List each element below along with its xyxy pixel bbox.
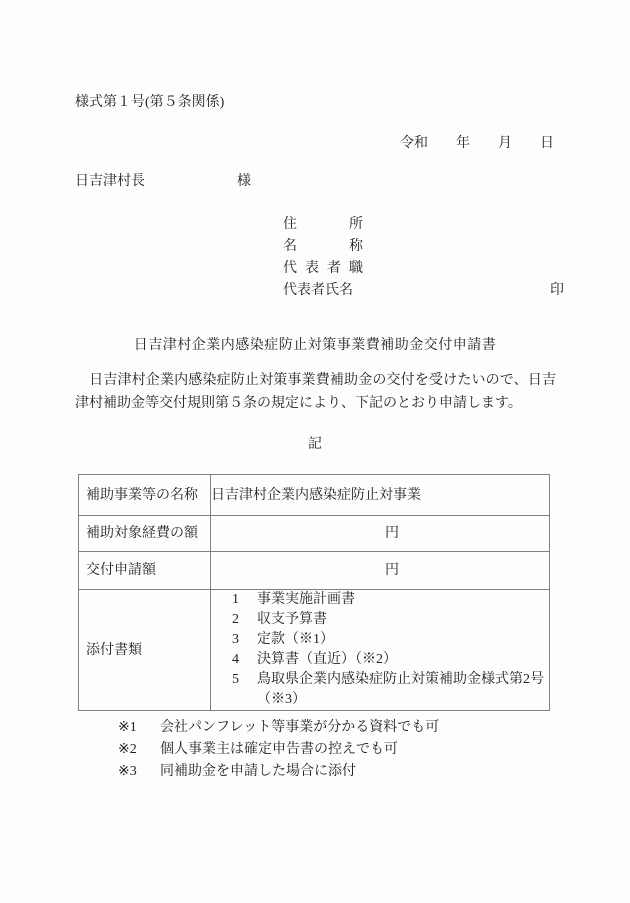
attachment-text: 収支予算書	[257, 612, 327, 627]
footnote-text: 同補助金を申請した場合に添付	[160, 764, 356, 779]
label-project-name: 補助事業等の名称	[79, 475, 211, 516]
attachment-item: 3定款（※1）	[211, 630, 549, 650]
addressee-line: 日吉津村長様	[75, 174, 251, 189]
attachment-item: 2収支予算書	[211, 610, 549, 630]
value-requested-amount: 円	[211, 552, 550, 590]
attachment-text: 事業実施計画書	[257, 592, 355, 607]
footnote-text: 個人事業主は確定申告書の控えでも可	[160, 742, 398, 757]
attachment-text: 鳥取県企業内感染症防止対策補助金様式第2号	[257, 672, 544, 687]
label-eligible-expense: 補助対象経費の額	[79, 516, 211, 552]
footnote: ※2個人事業主は確定申告書の控えでも可	[118, 739, 439, 761]
record-marker: 記	[0, 437, 630, 452]
applicant-rep-title-row: 代表者職	[283, 258, 564, 280]
attachments-list: 1事業実施計画書 2収支予算書 3定款（※1） 4決算書（直近）（※2） 5鳥取…	[211, 590, 550, 711]
value-project-name: 日吉津村企業内感染症防止対事業	[211, 475, 550, 516]
attachment-number: 1	[232, 590, 257, 610]
table-row-project-name: 補助事業等の名称 日吉津村企業内感染症防止対事業	[79, 475, 550, 516]
applicant-address-row: 住所	[283, 214, 564, 236]
form-number: 様式第１号(第５条関係)	[75, 95, 224, 110]
addressee-honorific: 様	[237, 174, 251, 189]
date-line: 令和 年 月 日	[400, 136, 554, 151]
rep-name-label: 代表者氏名	[283, 280, 353, 302]
applicant-rep-name-row: 代表者氏名 印	[283, 280, 564, 302]
label-attachments: 添付書類	[79, 590, 211, 711]
footnote-number: ※2	[118, 739, 160, 761]
addressee-name: 日吉津村長	[75, 174, 237, 189]
footnote-number: ※3	[118, 761, 160, 783]
attachment-number: 5	[232, 670, 257, 690]
attachment-number: 2	[232, 610, 257, 630]
footnote: ※1会社パンフレット等事業が分かる資料でも可	[118, 717, 439, 739]
value-eligible-expense: 円	[211, 516, 550, 552]
name-label: 名称	[283, 236, 363, 258]
attachment-item: 4決算書（直近）（※2）	[211, 650, 549, 670]
footnote: ※3同補助金を申請した場合に添付	[118, 761, 439, 783]
rep-title-label: 代表者職	[283, 258, 363, 280]
label-requested-amount: 交付申請額	[79, 552, 211, 590]
attachment-item: 1事業実施計画書	[211, 590, 549, 610]
table-row-eligible-expense: 補助対象経費の額 円	[79, 516, 550, 552]
application-form-page: 様式第１号(第５条関係) 令和 年 月 日 日吉津村長様 住所 名称 代表者職 …	[0, 0, 630, 903]
document-title: 日吉津村企業内感染症防止対策事業費補助金交付申請書	[0, 338, 630, 353]
application-table: 補助事業等の名称 日吉津村企業内感染症防止対事業 補助対象経費の額 円 交付申請…	[78, 474, 550, 711]
footnote-number: ※1	[118, 717, 160, 739]
applicant-name-row: 名称	[283, 236, 564, 258]
attachment-item: 5鳥取県企業内感染症防止対策補助金様式第2号	[211, 670, 549, 690]
attachment-number: 3	[232, 630, 257, 650]
footnotes: ※1会社パンフレット等事業が分かる資料でも可 ※2個人事業主は確定申告書の控えで…	[118, 717, 439, 783]
table-row-attachments: 添付書類 1事業実施計画書 2収支予算書 3定款（※1） 4決算書（直近）（※2…	[79, 590, 550, 711]
attachment-text: 決算書（直近）（※2）	[257, 652, 397, 667]
body-paragraph: 日吉津村企業内感染症防止対策事業費補助金の交付を受けたいので、日吉津村補助金等交…	[75, 370, 556, 415]
footnote-text: 会社パンフレット等事業が分かる資料でも可	[160, 720, 439, 735]
applicant-block: 住所 名称 代表者職 代表者氏名 印	[283, 214, 564, 302]
attachment-item-continuation: （※3）	[211, 690, 549, 710]
attachment-text: 定款（※1）	[257, 632, 334, 647]
attachment-number: 4	[232, 650, 257, 670]
seal-mark: 印	[550, 280, 564, 302]
table-row-requested-amount: 交付申請額 円	[79, 552, 550, 590]
address-label: 住所	[283, 214, 363, 236]
